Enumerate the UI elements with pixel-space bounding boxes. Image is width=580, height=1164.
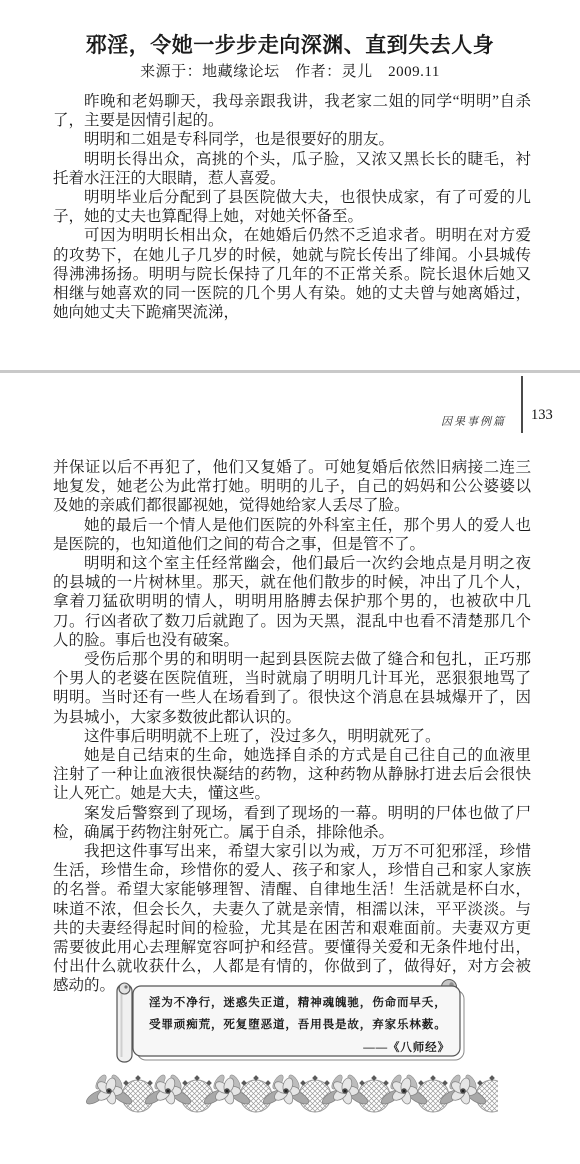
scroll-banner: 淫为不净行，迷惑失正道，精神魂魄驰，伤命而早夭， 受罪顽痴荒，死复堕恶道，吾用畏… [112, 977, 468, 1071]
page-number: 133 [531, 407, 553, 424]
article-title: 邪淫，令她一步步走向深渊、直到失去人身 [0, 29, 580, 59]
source-line: 来源于：地藏缘论坛 作者：灵儿 2009.11 [0, 60, 580, 81]
body-paragraph: 明明毕业后分配到了县医院做大夫，也很快成家，有了可爱的儿子，她的丈夫也算配得上她… [53, 188, 531, 226]
body-paragraph: 这件事后明明就不上班了，没过多久，明明就死了。 [53, 727, 531, 746]
body-paragraph: 我把这件事写出来，希望大家引以为戒，万万不可犯邪淫，珍惜生活，珍惜生命，珍惜你的… [53, 842, 531, 996]
body-paragraph: 案发后警察到了现场，看到了现场的一幕。明明的尸体也做了尸检，确属于药物注射死亡。… [53, 804, 531, 842]
body-section-bottom: 并保证以后不再犯了，他们又复婚了。可她复婚后依然旧病接二连三地复发，她老公为此常… [53, 458, 531, 996]
quote-line-1: 淫为不净行，迷惑失正道，精神魂魄驰，伤命而早夭， [149, 994, 450, 1010]
page-edge-divider [0, 370, 580, 373]
body-paragraph: 她是自己结束的生命，她选择自杀的方式是自己往自己的血液里注射了一种让血液很快凝结… [53, 746, 531, 804]
running-header-section-label: 因果事例篇 [441, 413, 506, 429]
book-page: 邪淫，令她一步步走向深渊、直到失去人身 来源于：地藏缘论坛 作者：灵儿 2009… [0, 0, 580, 1164]
running-header-rule [521, 376, 523, 433]
body-paragraph: 昨晚和老妈聊天，我母亲跟我讲，我老家二姐的同学“明明”自杀了，主要是因情引起的。 [53, 92, 531, 130]
quote-attribution: ——《八师经》 [149, 1039, 450, 1055]
body-paragraph: 并保证以后不再犯了，他们又复婚了。可她复婚后依然旧病接二连三地复发，她老公为此常… [53, 458, 531, 516]
quote-line-2: 受罪顽痴荒，死复堕恶道，吾用畏是故，弃家乐林薮。 [149, 1016, 450, 1032]
body-paragraph: 可因为明明长相出众，在她婚后仍然不乏追求者。明明在对方爱的攻势下，在她儿子几岁的… [53, 226, 531, 322]
body-paragraph: 受伤后那个男的和明明一起到县医院去做了缝合和包扎，正巧那个男人的老婆在医院值班，… [53, 650, 531, 727]
body-paragraph: 她的最后一个情人是他们医院的外科室主任，那个男人的爱人也是医院的，也知道他们之间… [53, 516, 531, 554]
body-paragraph: 明明长得出众，高挑的个头，瓜子脸，又浓又黑长长的睫毛，衬托着水汪汪的大眼睛，惹人… [53, 150, 531, 188]
body-paragraph: 明明和这个室主任经常幽会，他们最后一次约会地点是月明之夜的县城的一片树林里。那天… [53, 554, 531, 650]
body-paragraph: 明明和二姐是专科同学，也是很要好的朋友。 [53, 130, 531, 149]
floral-border-icon [84, 1072, 498, 1118]
body-section-top: 昨晚和老妈聊天，我母亲跟我讲，我老家二姐的同学“明明”自杀了，主要是因情引起的。… [53, 92, 531, 322]
